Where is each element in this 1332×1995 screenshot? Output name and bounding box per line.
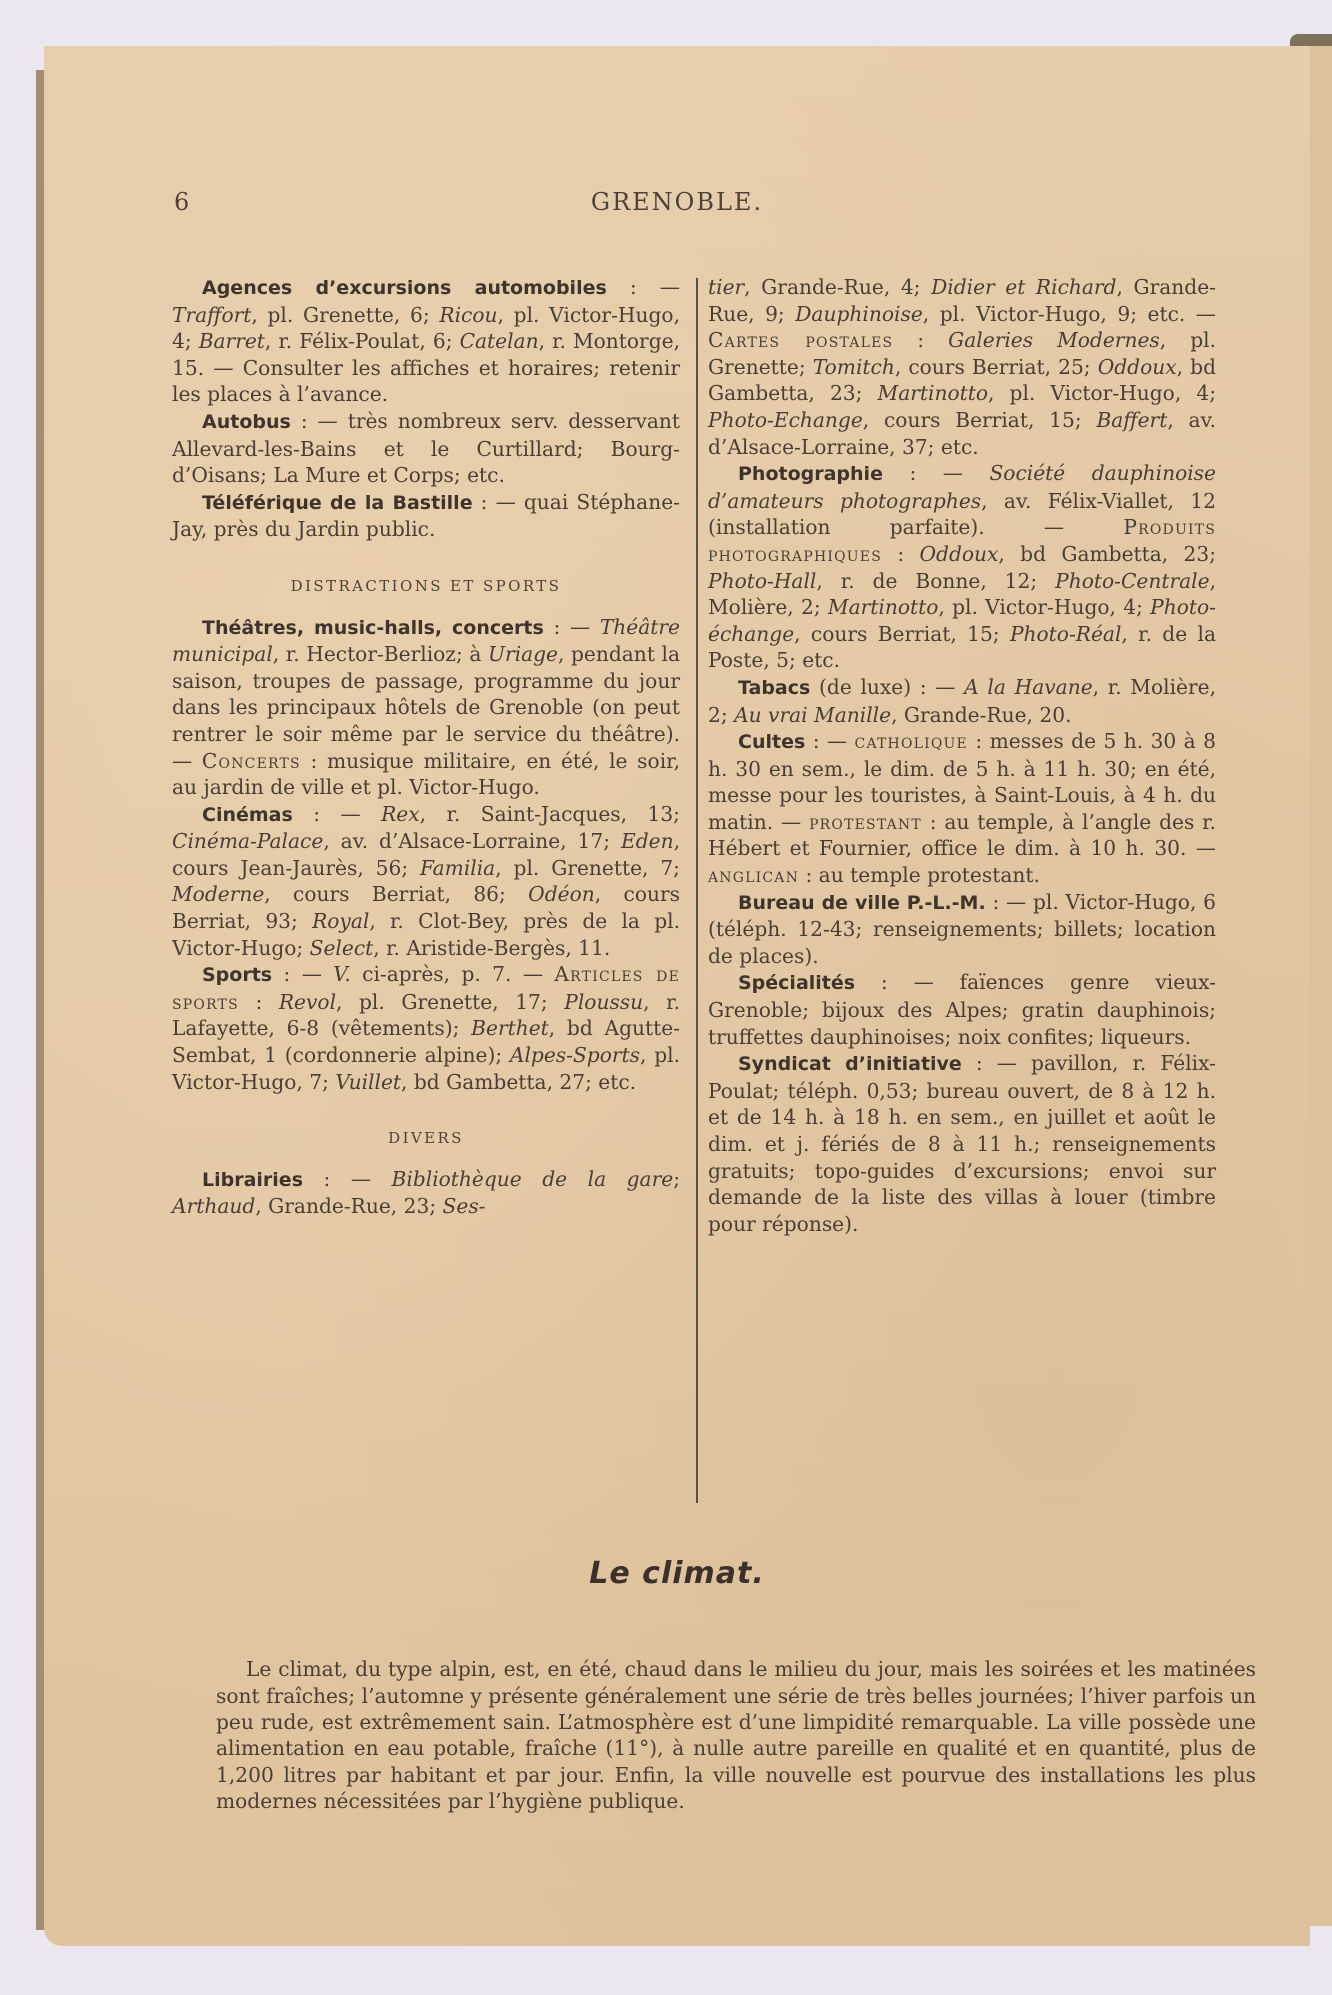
entry-specialites: Spécialités : — faïences genre vieux-Gre… xyxy=(708,969,1216,1050)
column-divider xyxy=(696,278,698,1503)
entry-key: Syndicat d’initiative xyxy=(738,1053,962,1075)
section-heading-distractions: Distractions et sports xyxy=(172,573,680,600)
entry-key: Téléférique de la Bastille xyxy=(202,492,473,514)
entry-key: Spécialités xyxy=(738,972,855,994)
entry-key: Tabacs xyxy=(738,677,810,699)
entry-cinemas: Cinémas : — Rex, r. Saint-Jacques, 13; C… xyxy=(172,801,680,962)
section-heading-divers: Divers xyxy=(172,1125,680,1152)
left-column: Agences d’excursions automobiles : — Tra… xyxy=(172,274,680,1220)
entry-key: Théâtres, music-halls, concerts xyxy=(202,617,544,639)
entry-key: Photographie xyxy=(738,463,883,485)
entry-theatres: Théâtres, music-halls, concerts : — Théâ… xyxy=(172,614,680,801)
entry-sports: Sports : — V. ci-après, p. 7. — Articles… xyxy=(172,961,680,1095)
entry-key: Bureau de ville P.-L.-M. xyxy=(738,892,986,914)
entry-librairies: Librairies : — Bibliothèque de la gare; … xyxy=(172,1166,680,1220)
entry-teleferique: Téléférique de la Bastille : — quai Stép… xyxy=(172,489,680,543)
chapter-title: Le climat. xyxy=(44,1556,1310,1591)
entry-photographie: Photographie : — Société dauphinoise d’a… xyxy=(708,460,1216,674)
entry-syndicat: Syndicat d’initiative : — pavillon, r. F… xyxy=(708,1050,1216,1237)
entry-key: Cinémas xyxy=(202,804,293,826)
entry-agences: Agences d’excursions automobiles : — Tra… xyxy=(172,274,680,408)
entry-autobus: Autobus : — très nombreux serv. desserva… xyxy=(172,408,680,489)
entry-key: Librairies xyxy=(202,1169,303,1191)
page-content: 6 GRENOBLE. Agences d’excursions automob… xyxy=(44,46,1310,1946)
climate-paragraph: Le climat, du type alpin, est, en été, c… xyxy=(216,1656,1256,1814)
running-title: GRENOBLE. xyxy=(44,188,1310,216)
entry-tabacs: Tabacs (de luxe) : — A la Havane, r. Mol… xyxy=(708,674,1216,728)
entry-bureau-plm: Bureau de ville P.-L.-M. : — pl. Victor-… xyxy=(708,889,1216,970)
entry-key: Cultes xyxy=(738,731,805,753)
entry-key: Sports xyxy=(202,964,272,986)
entry-librairies-continued: tier, Grande-Rue, 4; Didier et Richard, … xyxy=(708,274,1216,460)
entry-cultes: Cultes : — catholique : messes de 5 h. 3… xyxy=(708,728,1216,889)
right-column: tier, Grande-Rue, 4; Didier et Richard, … xyxy=(708,274,1216,1237)
entry-key: Agences d’excursions automobiles xyxy=(202,277,607,299)
book-page: 6 GRENOBLE. Agences d’excursions automob… xyxy=(44,46,1310,1946)
entry-key: Autobus xyxy=(202,411,291,433)
